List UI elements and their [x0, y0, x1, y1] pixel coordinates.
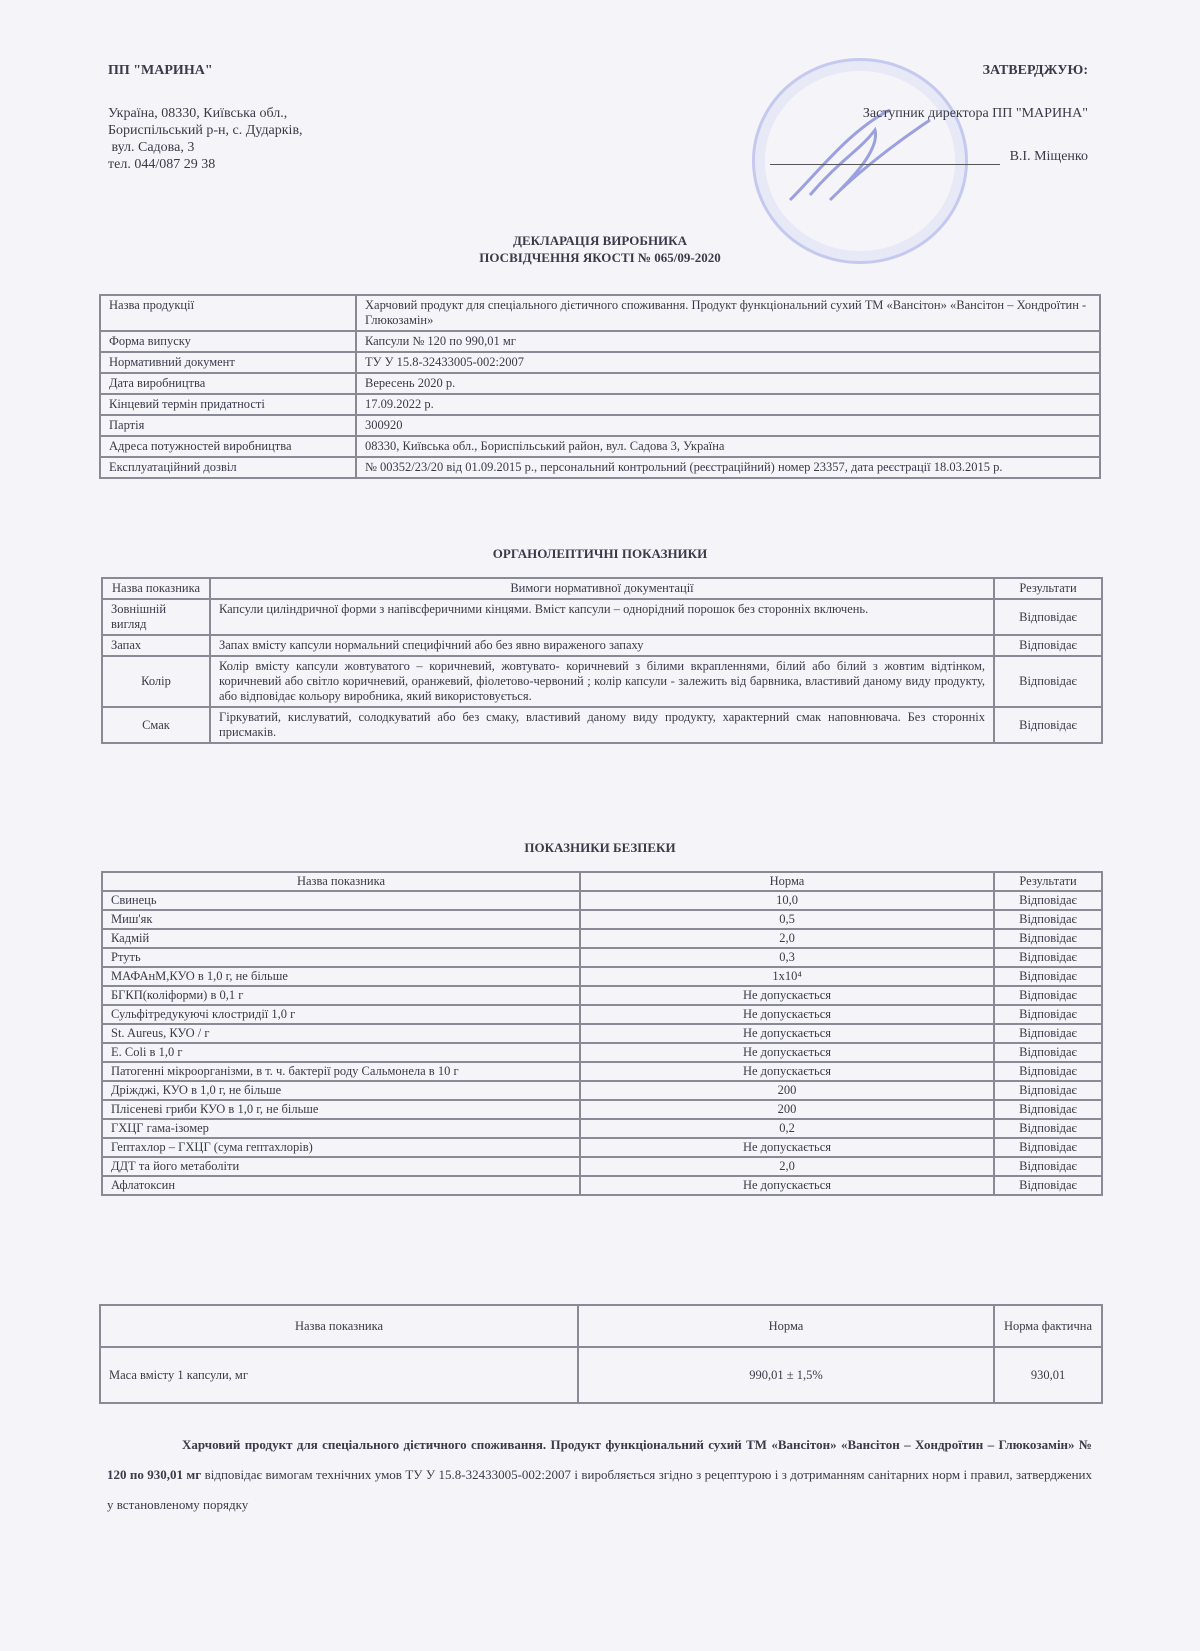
result-value: Відповідає: [994, 1081, 1102, 1100]
approver-name: В.І. Міщенко: [1010, 149, 1088, 164]
result-value: Відповідає: [994, 910, 1102, 929]
field-value: 17.09.2022 р.: [356, 394, 1100, 415]
norm-value: Не допускається: [580, 1138, 994, 1157]
norm-value: 2,0: [580, 1157, 994, 1176]
table-row: Дата виробництваВересень 2020 р.: [100, 373, 1100, 394]
indicator-name: ГХЦГ гама-ізомер: [102, 1119, 580, 1138]
table-row: Експлуатаційний дозвіл№ 00352/23/20 від …: [100, 457, 1100, 478]
table-row: Партія300920: [100, 415, 1100, 436]
manufacturer-name: ПП "МАРИНА": [108, 62, 303, 79]
col-header: Назва показника: [102, 872, 580, 891]
result-value: Відповідає: [994, 1100, 1102, 1119]
table-row: Ртуть0,3Відповідає: [102, 948, 1102, 967]
indicator-name: Запах: [102, 635, 210, 656]
indicator-name: Гептахлор – ГХЦГ (сума гептахлорів): [102, 1138, 580, 1157]
table-row: СмакГіркуватий, кислуватий, солодкуватий…: [102, 707, 1102, 743]
result-value: Відповідає: [994, 1005, 1102, 1024]
table-row: МАФАнМ,КУО в 1,0 г, не більше1х10⁴Відпов…: [102, 967, 1102, 986]
indicator-name: Афлатоксин: [102, 1176, 580, 1195]
requirement-text: Запах вмісту капсули нормальний специфіч…: [210, 635, 994, 656]
norm-value: Не допускається: [580, 986, 994, 1005]
field-label: Експлуатаційний дозвіл: [100, 457, 356, 478]
field-label: Форма випуску: [100, 331, 356, 352]
result-value: Відповідає: [994, 967, 1102, 986]
table-row: Свинець10,0Відповідає: [102, 891, 1102, 910]
field-value: ТУ У 15.8-32433005-002:2007: [356, 352, 1100, 373]
result-value: Відповідає: [994, 929, 1102, 948]
manufacturer-block: ПП "МАРИНА" Україна, 08330, Київська обл…: [108, 62, 303, 173]
indicator-name: Патогенні мікроорганізми, в т. ч. бактер…: [102, 1062, 580, 1081]
document-page: ПП "МАРИНА" Україна, 08330, Київська обл…: [0, 0, 1200, 1651]
table-row: St. Aureus, КУО / гНе допускаєтьсяВідпов…: [102, 1024, 1102, 1043]
table-row: БГКП(коліформи) в 0,1 гНе допускаєтьсяВі…: [102, 986, 1102, 1005]
conclusion-paragraph: Харчовий продукт для спеціального дієтич…: [107, 1430, 1092, 1520]
result-value: Відповідає: [994, 1062, 1102, 1081]
result-value: Відповідає: [994, 635, 1102, 656]
result-value: Відповідає: [994, 1119, 1102, 1138]
phone-line: тел. 044/087 29 38: [108, 156, 303, 173]
address-line: вул. Садова, 3: [108, 139, 303, 156]
field-label: Назва продукції: [100, 295, 356, 331]
approval-block: ЗАТВЕРДЖУЮ: Заступник директора ПП "МАРИ…: [770, 62, 1088, 165]
col-header: Назва показника: [100, 1305, 578, 1347]
result-value: Відповідає: [994, 599, 1102, 635]
norm-value: 1х10⁴: [580, 967, 994, 986]
result-value: Відповідає: [994, 656, 1102, 707]
norm-value: 990,01 ± 1,5%: [578, 1347, 994, 1403]
field-value: 300920: [356, 415, 1100, 436]
table-row: Кінцевий термін придатності17.09.2022 р.: [100, 394, 1100, 415]
col-header: Норма фактична: [994, 1305, 1102, 1347]
requirement-text: Гіркуватий, кислуватий, солодкуватий або…: [210, 707, 994, 743]
col-header: Норма: [578, 1305, 994, 1347]
table-row: Дріжджі, КУО в 1,0 г, не більше200Відпов…: [102, 1081, 1102, 1100]
field-label: Кінцевий термін придатності: [100, 394, 356, 415]
col-header: Назва показника: [102, 578, 210, 599]
indicator-name: МАФАнМ,КУО в 1,0 г, не більше: [102, 967, 580, 986]
norm-value: 10,0: [580, 891, 994, 910]
field-value: Капсули № 120 по 990,01 мг: [356, 331, 1100, 352]
approve-label: ЗАТВЕРДЖУЮ:: [770, 62, 1088, 79]
field-value: Харчовий продукт для спеціального дієтич…: [356, 295, 1100, 331]
requirement-text: Капсули циліндричної форми з напівсферич…: [210, 599, 994, 635]
field-value: Вересень 2020 р.: [356, 373, 1100, 394]
norm-value: 200: [580, 1081, 994, 1100]
indicator-name: БГКП(коліформи) в 0,1 г: [102, 986, 580, 1005]
indicator-name: Колір: [102, 656, 210, 707]
indicator-name: Кадмій: [102, 929, 580, 948]
table-row: ЗапахЗапах вмісту капсули нормальний спе…: [102, 635, 1102, 656]
indicator-name: St. Aureus, КУО / г: [102, 1024, 580, 1043]
col-header: Результати: [994, 578, 1102, 599]
indicator-name: Ртуть: [102, 948, 580, 967]
table-row: Кадмій2,0Відповідає: [102, 929, 1102, 948]
title-line-1: ДЕКЛАРАЦІЯ ВИРОБНИКА: [0, 232, 1200, 249]
norm-value: Не допускається: [580, 1176, 994, 1195]
norm-value: Не допускається: [580, 1005, 994, 1024]
norm-value: 2,0: [580, 929, 994, 948]
signature-line: [770, 164, 1000, 165]
indicator-name: Смак: [102, 707, 210, 743]
organoleptic-table: Назва показника Вимоги нормативної докум…: [101, 577, 1103, 744]
table-row: Плісеневі гриби КУО в 1,0 г, не більше20…: [102, 1100, 1102, 1119]
result-value: Відповідає: [994, 986, 1102, 1005]
indicator-name: Свинець: [102, 891, 580, 910]
result-value: Відповідає: [994, 948, 1102, 967]
result-value: Відповідає: [994, 1157, 1102, 1176]
norm-value: Не допускається: [580, 1062, 994, 1081]
table-row: Зовнішній виглядКапсули циліндричної фор…: [102, 599, 1102, 635]
norm-value: Не допускається: [580, 1024, 994, 1043]
indicator-name: Маса вмісту 1 капсули, мг: [100, 1347, 578, 1403]
table-row: ДДТ та його метаболіти2,0Відповідає: [102, 1157, 1102, 1176]
indicator-name: E. Coli в 1,0 г: [102, 1043, 580, 1062]
field-value: 08330, Київська обл., Бориспільський рай…: [356, 436, 1100, 457]
norm-value: 0,5: [580, 910, 994, 929]
approver-post: Заступник директора ПП "МАРИНА": [770, 105, 1088, 122]
indicator-name: Плісеневі гриби КУО в 1,0 г, не більше: [102, 1100, 580, 1119]
result-value: Відповідає: [994, 707, 1102, 743]
document-title: ДЕКЛАРАЦІЯ ВИРОБНИКА ПОСВІДЧЕННЯ ЯКОСТІ …: [0, 232, 1200, 266]
address-line: Україна, 08330, Київська обл.,: [108, 105, 303, 122]
requirement-text: Колір вмісту капсули жовтуватого – корич…: [210, 656, 994, 707]
table-row: Сульфітредукуючі клостридії 1,0 гНе допу…: [102, 1005, 1102, 1024]
table-row: Назва продукціїХарчовий продукт для спец…: [100, 295, 1100, 331]
safety-table: Назва показника Норма Результати Свинець…: [101, 871, 1103, 1196]
actual-value: 930,01: [994, 1347, 1102, 1403]
indicator-name: Сульфітредукуючі клостридії 1,0 г: [102, 1005, 580, 1024]
col-header: Результати: [994, 872, 1102, 891]
table-row: Патогенні мікроорганізми, в т. ч. бактер…: [102, 1062, 1102, 1081]
norm-value: 0,3: [580, 948, 994, 967]
indicator-name: Дріжджі, КУО в 1,0 г, не більше: [102, 1081, 580, 1100]
table-row: Маса вмісту 1 капсули, мг990,01 ± 1,5%93…: [100, 1347, 1102, 1403]
mass-table: Назва показника Норма Норма фактична Мас…: [99, 1304, 1103, 1404]
address-line: Бориспільський р-н, с. Дударків,: [108, 122, 303, 139]
conclusion-text: відповідає вимогам технічних умов ТУ У 1…: [107, 1467, 1092, 1512]
table-row: Гептахлор – ГХЦГ (сума гептахлорів)Не до…: [102, 1138, 1102, 1157]
table-row: Адреса потужностей виробництва08330, Киї…: [100, 436, 1100, 457]
field-label: Адреса потужностей виробництва: [100, 436, 356, 457]
indicator-name: ДДТ та його метаболіти: [102, 1157, 580, 1176]
table-row: E. Coli в 1,0 гНе допускаєтьсяВідповідає: [102, 1043, 1102, 1062]
indicator-name: Зовнішній вигляд: [102, 599, 210, 635]
norm-value: Не допускається: [580, 1043, 994, 1062]
col-header: Норма: [580, 872, 994, 891]
table-row: АфлатоксинНе допускаєтьсяВідповідає: [102, 1176, 1102, 1195]
field-value: № 00352/23/20 від 01.09.2015 р., персона…: [356, 457, 1100, 478]
organoleptic-title: ОРГАНОЛЕПТИЧНІ ПОКАЗНИКИ: [0, 546, 1200, 562]
result-value: Відповідає: [994, 891, 1102, 910]
field-label: Нормативний документ: [100, 352, 356, 373]
result-value: Відповідає: [994, 1024, 1102, 1043]
result-value: Відповідає: [994, 1176, 1102, 1195]
table-row: КолірКолір вмісту капсули жовтуватого – …: [102, 656, 1102, 707]
table-row: Нормативний документТУ У 15.8-32433005-0…: [100, 352, 1100, 373]
result-value: Відповідає: [994, 1043, 1102, 1062]
safety-title: ПОКАЗНИКИ БЕЗПЕКИ: [0, 840, 1200, 856]
result-value: Відповідає: [994, 1138, 1102, 1157]
field-label: Партія: [100, 415, 356, 436]
table-row: ГХЦГ гама-ізомер0,2Відповідає: [102, 1119, 1102, 1138]
indicator-name: Миш'як: [102, 910, 580, 929]
table-row: Форма випускуКапсули № 120 по 990,01 мг: [100, 331, 1100, 352]
norm-value: 200: [580, 1100, 994, 1119]
field-label: Дата виробництва: [100, 373, 356, 394]
title-line-2: ПОСВІДЧЕННЯ ЯКОСТІ № 065/09-2020: [0, 249, 1200, 266]
col-header: Вимоги нормативної документації: [210, 578, 994, 599]
norm-value: 0,2: [580, 1119, 994, 1138]
product-info-table: Назва продукціїХарчовий продукт для спец…: [99, 294, 1101, 479]
table-row: Миш'як0,5Відповідає: [102, 910, 1102, 929]
